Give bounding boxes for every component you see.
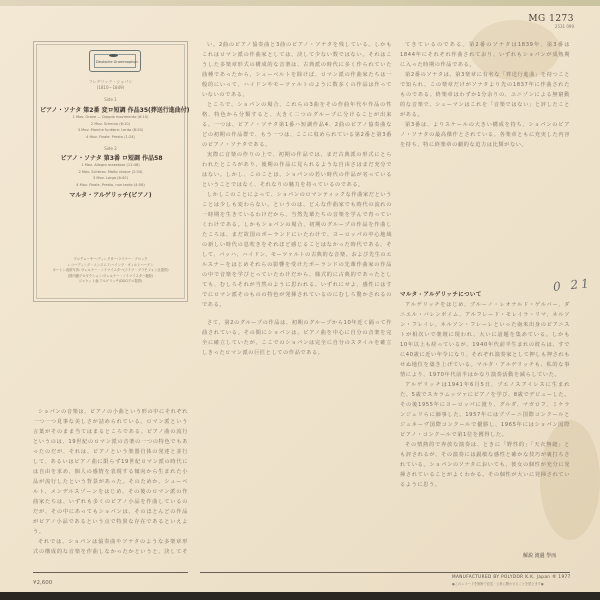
- paragraph: アルゲリッチは1941年6月5日、ブエノスアイレスに生まれた。5歳でスカラムッツ…: [400, 380, 570, 440]
- composer-dates: (1810～1849): [34, 85, 187, 91]
- paragraph: てきているのである。第2番のソナタは1839年、第3番は1844年にそれぞれ作曲…: [400, 40, 570, 70]
- liner-notes-signature: 解説 渡邊 學而: [523, 552, 556, 559]
- scan-bottom-edge: [0, 592, 600, 600]
- production-credits: プロデューサー:ディレクター:ライナー・ブロック レコーディング・エンジニア:ハ…: [34, 257, 187, 285]
- catalog-sub-number: 2531 099: [528, 24, 574, 29]
- paragraph: 実際に音楽の作りの上で、初期の作品では、まだ古典派の形式にとらわれたところがあり…: [202, 150, 392, 190]
- movement: 4 Mov. Finale: Presto (1:24): [34, 134, 187, 141]
- credit-line: カートン表紙写真: ヴェルナー・ノイマイスター(ドイツ・グラモフォン社提供): [34, 268, 187, 274]
- paragraph: 第2番のソナタは、第3楽章に有名な「葬送行進曲」を持つことで知られ、この楽章だけ…: [400, 70, 570, 120]
- liner-notes-column-4: マルタ・アルゲリッチについて アルゲリッチをはじめ、ブルーノ・レオナルド・ゲルバ…: [400, 290, 570, 540]
- record-sleeve-back: MG 1273 2531 099 Deutsche Grammophon フレデ…: [0, 0, 600, 592]
- side2-label: Side 2: [34, 146, 187, 151]
- paragraph: しかしこのことによって、ショパンのロマンティックな作曲家だということは少しも変わ…: [202, 190, 392, 310]
- section-heading: マルタ・アルゲリッチについて: [400, 290, 570, 300]
- handwritten-mark: 0 21: [552, 276, 592, 294]
- artist-name: マルタ・アルゲリッチ(ピアノ): [34, 190, 187, 199]
- liner-notes-column-2: い。2曲のピアノ協奏曲と3曲のピアノ・ソナタを残している。しかもこれはロマン派の…: [202, 40, 392, 560]
- logo-brand-text: Deutsche Grammophon: [96, 60, 138, 64]
- liner-notes-column-3: てきているのである。第2番のソナタは1839年、第3番は1844年にそれぞれ作曲…: [400, 40, 570, 265]
- paragraph: ところで、ショパンの場合、これらの3曲をその作曲年代や作品の性格、特色から分類す…: [202, 100, 392, 150]
- credit-line: ジャケット表:アルゲリッチ(DGGプロ提供): [34, 279, 187, 285]
- composer-name: フレデリック・ショパン (1810～1849): [34, 79, 187, 91]
- tracklist-box: Deutsche Grammophon フレデリック・ショパン (1810～18…: [33, 41, 188, 302]
- paragraph: その情熱的で奔放な演奏は、ときに「野性的」「天衣無縫」とも評されるが、その演奏に…: [400, 440, 570, 490]
- paragraph: ショパンの音楽は、ピアノの小曲という形の中にそれぞれ一つ一つ見事な美しさが詰めら…: [33, 407, 188, 537]
- side2-work-title: ピアノ・ソナタ 第3番 ロ短調 作品58: [40, 153, 183, 162]
- movement: 4 Mov. Finale. Presto, non tanto (4:56): [34, 182, 187, 189]
- side1-movements: 1 Mov. Grave — Doppio movimento (6:10) 2…: [34, 114, 187, 140]
- footer-divider: [33, 572, 188, 573]
- catalog-number-text: MG 1273: [528, 14, 574, 24]
- paragraph: 第3番は、よりスケールの大きい構成を持ち、ショパンのピアノ・ソナタの最高傑作とさ…: [400, 120, 570, 150]
- manufacturer-note: ●このレコードを無断で放送・公衆に聴かせることを禁じます●: [452, 581, 544, 586]
- footer-divider: [200, 572, 570, 573]
- paragraph: い。2曲のピアノ協奏曲と3曲のピアノ・ソナタを残している。しかもこれはロマン派の…: [202, 40, 392, 100]
- paragraph: さて、第2のグループの作品は、初期のグループから10年近く隔って作曲されている。…: [202, 318, 392, 358]
- sleeve-top-edge: [0, 0, 600, 6]
- side1-work-title: ピアノ・ソナタ 第2番 変ロ短調 作品35(葬送行進曲付): [40, 105, 183, 114]
- catalog-number: MG 1273 2531 099: [528, 14, 574, 29]
- paragraph: それでは、ショパンは協奏曲やソナタのような多楽章形式の構成的な音楽を作曲しなかっ…: [33, 537, 188, 555]
- liner-notes-column-1: ショパンの音楽は、ピアノの小曲という形の中にそれぞれ一つ一つ見事な美しさが詰めら…: [33, 407, 188, 555]
- side1-label: Side 1: [34, 97, 187, 102]
- paragraph: アルゲリッチをはじめ、ブルーノ・レオナルド・ゲルバー、ダニエル・バレンボイム、ア…: [400, 300, 570, 380]
- dg-tulip-logo-icon: Deutsche Grammophon: [89, 50, 141, 72]
- manufacturer-line: MANUFACTURED BY POLYDOR K.K. Japan ® 197…: [452, 574, 571, 579]
- side2-movements: 1 Mov. Allegro maestoso (11:46) 2 Mov. S…: [34, 162, 187, 188]
- price-label: ¥2,600: [33, 580, 52, 586]
